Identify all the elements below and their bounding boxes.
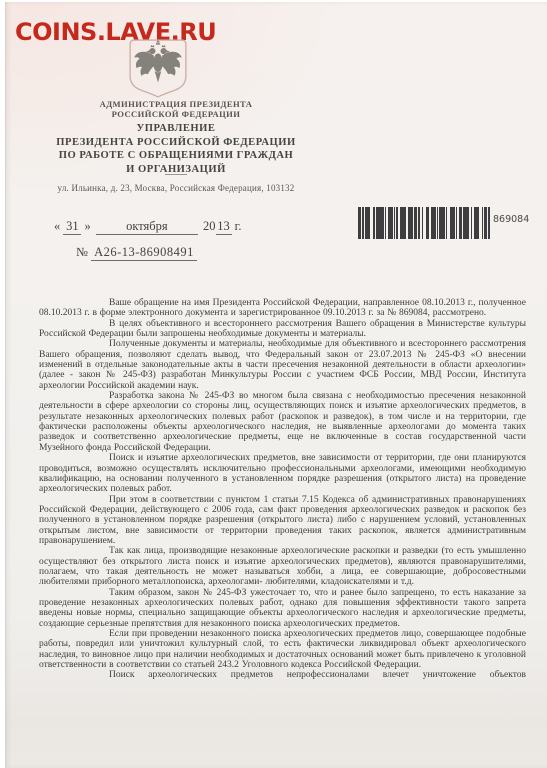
body-paragraph: Так как лица, производящие незаконные ар…	[39, 546, 526, 587]
department-name: УПРАВЛЕНИЕ ПРЕЗИДЕНТА РОССИЙСКОЙ ФЕДЕРАЦ…	[31, 122, 321, 176]
barcode-number: 869084	[493, 214, 529, 225]
body-paragraph: При этом в соответствии с пунктом 1 стат…	[39, 495, 526, 547]
letterhead-divider	[165, 174, 187, 175]
date-close-quote: »	[85, 219, 91, 233]
barcode	[358, 207, 493, 239]
department-name-line: ПРЕЗИДЕНТА РОССИЙСКОЙ ФЕДЕРАЦИИ	[31, 136, 321, 150]
body-paragraph: Разработка закона № 245-ФЗ во многом был…	[39, 391, 526, 453]
body-paragraph: В целях объективного и всестороннего рас…	[39, 319, 526, 340]
scanned-letter-page: COINS.LAVE.RU	[0, 0, 547, 768]
reference-number: А26-13-86908491	[91, 245, 197, 261]
date-line: « 31 » октября 2013 г.	[54, 219, 241, 235]
date-month: октября	[96, 219, 198, 235]
body-paragraph: Полученные документы и материалы, необхо…	[39, 339, 526, 391]
body-paragraph: Ваше обращение на имя Президента Российс…	[39, 298, 526, 319]
date-suffix: г.	[235, 219, 242, 233]
reference-line: № А26-13-86908491	[76, 245, 197, 260]
body-paragraph: Поиск археологических предметов непрофес…	[39, 670, 526, 680]
date-day: 31	[63, 219, 81, 235]
department-name-line: ПО РАБОТЕ С ОБРАЩЕНИЯМИ ГРАЖДАН	[31, 149, 321, 163]
scan-sheet: COINS.LAVE.RU	[5, 2, 547, 768]
coat-of-arms-icon	[127, 37, 189, 99]
date-year: 13	[216, 219, 232, 235]
letterhead-address: ул. Ильинка, д. 23, Москва, Российская Ф…	[31, 183, 321, 193]
org-name: АДМИНИСТРАЦИЯ ПРЕЗИДЕНТА РОССИЙСКОЙ ФЕДЕ…	[31, 99, 321, 119]
department-name-line: УПРАВЛЕНИЕ	[31, 122, 321, 136]
body-paragraph: Таким образом, закон № 245-ФЗ ужесточает…	[39, 588, 526, 629]
body-paragraph: Поиск и изъятие археологических предмето…	[39, 453, 526, 494]
body-paragraph: Если при проведении незаконного поиска а…	[39, 629, 526, 670]
date-open-quote: «	[54, 219, 60, 233]
date-century: 20	[203, 219, 216, 233]
letter-body: Ваше обращение на имя Президента Российс…	[39, 298, 526, 681]
org-name-line: АДМИНИСТРАЦИЯ ПРЕЗИДЕНТА	[31, 99, 321, 109]
reference-label: №	[76, 245, 88, 259]
org-name-line: РОССИЙСКОЙ ФЕДЕРАЦИИ	[31, 109, 321, 119]
